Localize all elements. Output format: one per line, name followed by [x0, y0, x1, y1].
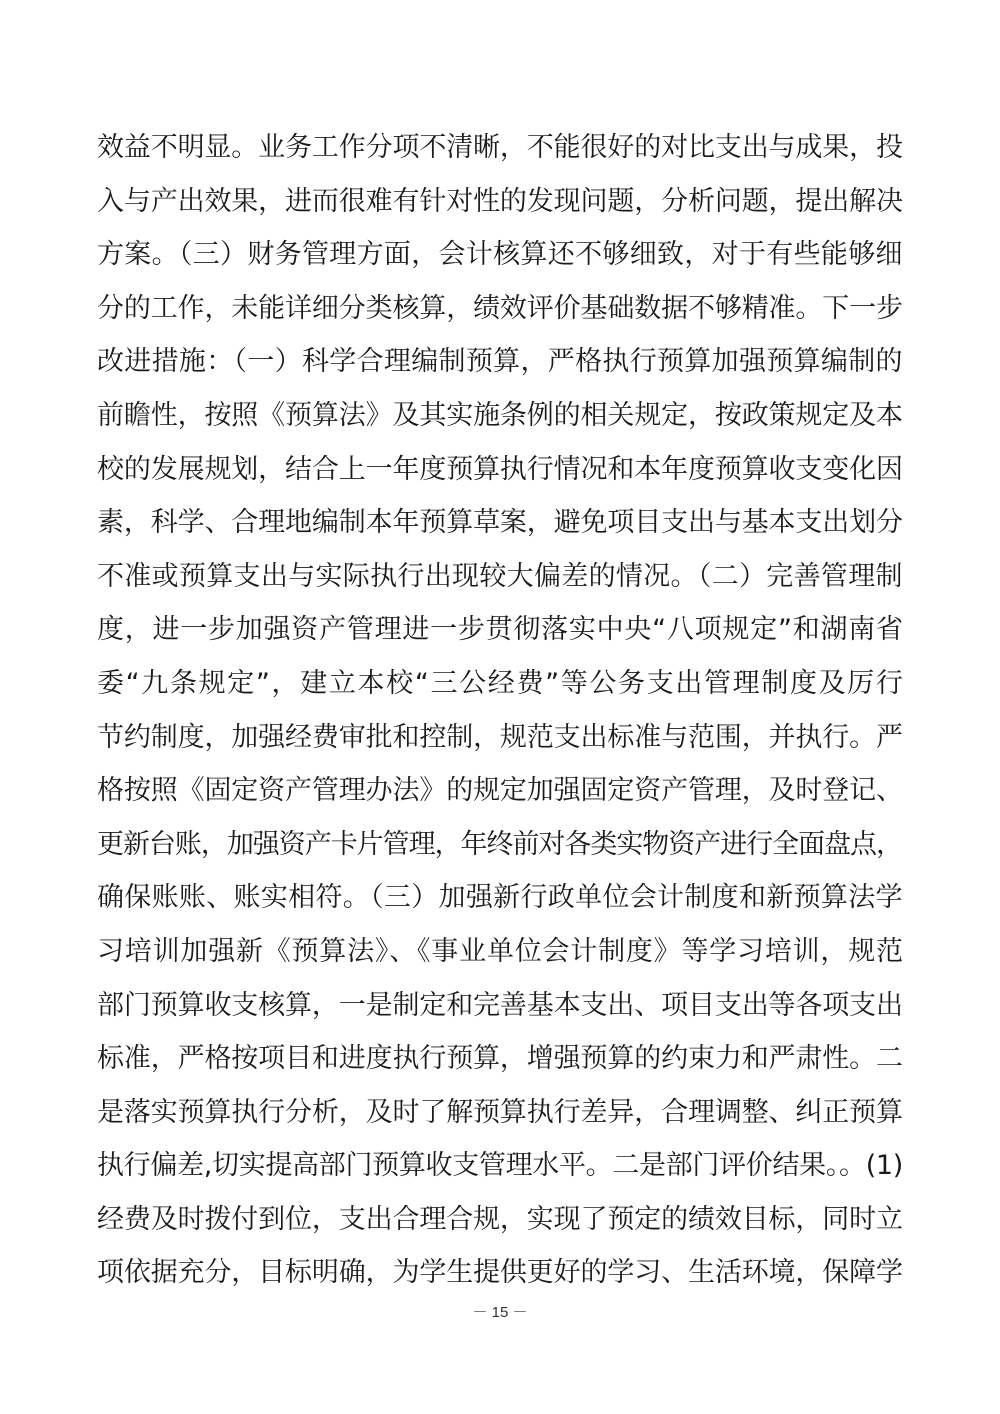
text-line: 素，科学、合理地编制本年预算草案，避免项目支出与基本支出划分 [97, 506, 903, 560]
text-line: 标准，严格按项目和进度执行预算，增强预算的约束力和严肃性。二 [97, 1042, 903, 1096]
text-line: 部门预算收支核算，一是制定和完善基本支出、项目支出等各项支出 [97, 989, 903, 1043]
text-line: 方案。（三）财务管理方面，会计核算还不够细致，对于有些能够细 [97, 238, 903, 292]
text-line: 确保账账、账实相符。（三）加强新行政单位会计制度和新预算法学 [97, 881, 903, 935]
text-line: 效益不明显。业务工作分项不清晰，不能很好的对比支出与成果，投 [97, 131, 903, 185]
text-line: 委“九条规定”，建立本校“三公经费”等公务支出管理制度及厉行 [97, 667, 903, 721]
text-line: 改进措施：（一）科学合理编制预算，严格执行预算加强预算编制的 [97, 345, 903, 399]
text-line: 执行偏差,切实提高部门预算收支管理水平。二是部门评价结果。。(1) [97, 1149, 903, 1203]
text-line: 习培训加强新《预算法》、《事业单位会计制度》等学习培训，规范 [97, 935, 903, 989]
text-line: 是落实预算执行分析，及时了解预算执行差异，合理调整、纠正预算 [97, 1096, 903, 1150]
text-line: 校的发展规划，结合上一年度预算执行情况和本年度预算收支变化因 [97, 453, 903, 507]
body-text: 效益不明显。业务工作分项不清晰，不能很好的对比支出与成果，投 入与产出效果，进而… [97, 131, 903, 1310]
text-line: 入与产出效果，进而很难有针对性的发现问题，分析问题，提出解决 [97, 185, 903, 239]
document-page: 效益不明显。业务工作分项不清晰，不能很好的对比支出与成果，投 入与产出效果，进而… [0, 0, 1000, 1414]
text-line: 格按照《固定资产管理办法》的规定加强固定资产管理，及时登记、 [97, 774, 903, 828]
text-line: 更新台账，加强资产卡片管理，年终前对各类实物资产进行全面盘点， [97, 828, 903, 882]
text-line: 前瞻性，按照《预算法》及其实施条例的相关规定，按政策规定及本 [97, 399, 903, 453]
page-number: － 15 － [0, 1301, 1000, 1322]
text-line: 度，进一步加强资产管理进一步贯彻落实中央“八项规定”和湖南省 [97, 613, 903, 667]
text-line: 节约制度，加强经费审批和控制，规范支出标准与范围，并执行。严 [97, 721, 903, 775]
text-line: 分的工作，未能详细分类核算，绩效评价基础数据不够精准。下一步 [97, 292, 903, 346]
text-line: 经费及时拨付到位，支出合理合规，实现了预定的绩效目标，同时立 [97, 1203, 903, 1257]
text-line: 不准或预算支出与实际执行出现较大偏差的情况。（二）完善管理制 [97, 560, 903, 614]
